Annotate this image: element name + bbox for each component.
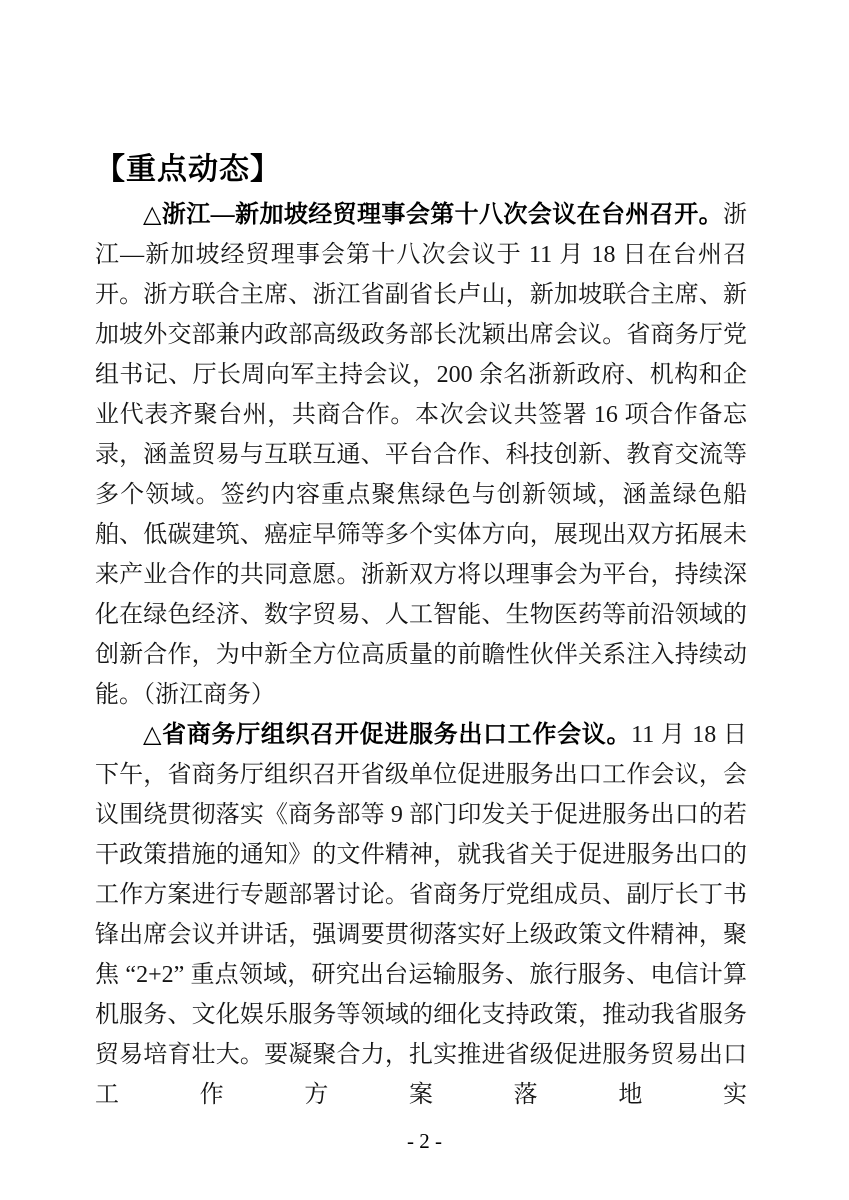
paragraph-zhejiang-singapore-council: △浙江—新加坡经贸理事会第十八次会议在台州召开。浙江—新加坡经贸理事会第十八次会… xyxy=(95,195,747,715)
section-title: 【重点动态】 xyxy=(95,150,747,190)
document-page: 【重点动态】 △浙江—新加坡经贸理事会第十八次会议在台州召开。浙江—新加坡经贸理… xyxy=(0,0,849,1200)
paragraph-services-export-meeting: △省商务厅组织召开促进服务出口工作会议。11 月 18 日下午，省商务厅组织召开… xyxy=(95,715,747,1115)
paragraph-1-body: 浙江—新加坡经贸理事会第十八次会议于 11 月 18 日在台州召开。浙方联合主席… xyxy=(95,202,747,708)
document-content: 【重点动态】 △浙江—新加坡经贸理事会第十八次会议在台州召开。浙江—新加坡经贸理… xyxy=(95,150,747,1115)
paragraph-2-lead: △省商务厅组织召开促进服务出口工作会议。 xyxy=(143,722,631,748)
page-number: - 2 - xyxy=(0,1128,849,1154)
paragraph-1-lead: △浙江—新加坡经贸理事会第十八次会议在台州召开。 xyxy=(143,202,723,228)
paragraph-2-body: 11 月 18 日下午，省商务厅组织召开省级单位促进服务出口工作会议，会议围绕贯… xyxy=(95,722,747,1108)
